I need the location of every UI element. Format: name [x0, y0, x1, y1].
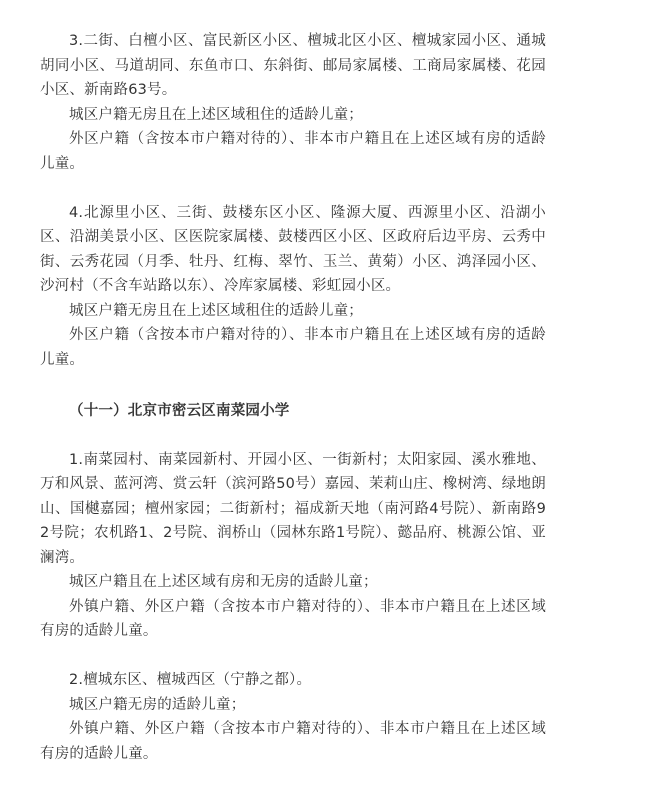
eligibility-rule: 城区户籍且在上述区域有房和无房的适龄儿童；: [40, 570, 546, 595]
district-list-2: 2.檀城东区、檀城西区（宁静之都）。: [40, 668, 546, 693]
spacer: [40, 644, 546, 669]
district-list-4: 4.北源里小区、三街、鼓楼东区小区、隆源大厦、西源里小区、沿湖小区、沿湖美景小区…: [40, 201, 546, 299]
article-body: 3.二街、白檀小区、富民新区小区、檀城北区小区、檀城家园小区、通城胡同小区、马道…: [40, 29, 546, 766]
eligibility-rule: 外镇户籍、外区户籍（含按本市户籍对待的）、非本市户籍且在上述区域有房的适龄儿童。: [40, 595, 546, 644]
school-heading: （十一）北京市密云区南菜园小学: [40, 399, 546, 424]
spacer: [40, 176, 546, 201]
eligibility-rule: 外区户籍（含按本市户籍对待的）、非本市户籍且在上述区域有房的适龄儿童。: [40, 127, 546, 176]
district-list-3: 3.二街、白檀小区、富民新区小区、檀城北区小区、檀城家园小区、通城胡同小区、马道…: [40, 29, 546, 103]
eligibility-rule: 外区户籍（含按本市户籍对待的）、非本市户籍且在上述区域有房的适龄儿童。: [40, 323, 546, 372]
eligibility-rule: 城区户籍无房且在上述区域租住的适龄儿童；: [40, 299, 546, 324]
eligibility-rule: 城区户籍无房且在上述区域租住的适龄儿童；: [40, 103, 546, 128]
spacer: [40, 423, 546, 448]
eligibility-rule: 城区户籍无房的适龄儿童；: [40, 693, 546, 718]
eligibility-rule: 外镇户籍、外区户籍（含按本市户籍对待的）、非本市户籍且在上述区域有房的适龄儿童。: [40, 717, 546, 766]
district-list-1: 1.南菜园村、南菜园新村、开园小区、一街新村；太阳家园、溪水雅地、万和风景、蓝河…: [40, 448, 546, 571]
spacer: [40, 372, 546, 397]
